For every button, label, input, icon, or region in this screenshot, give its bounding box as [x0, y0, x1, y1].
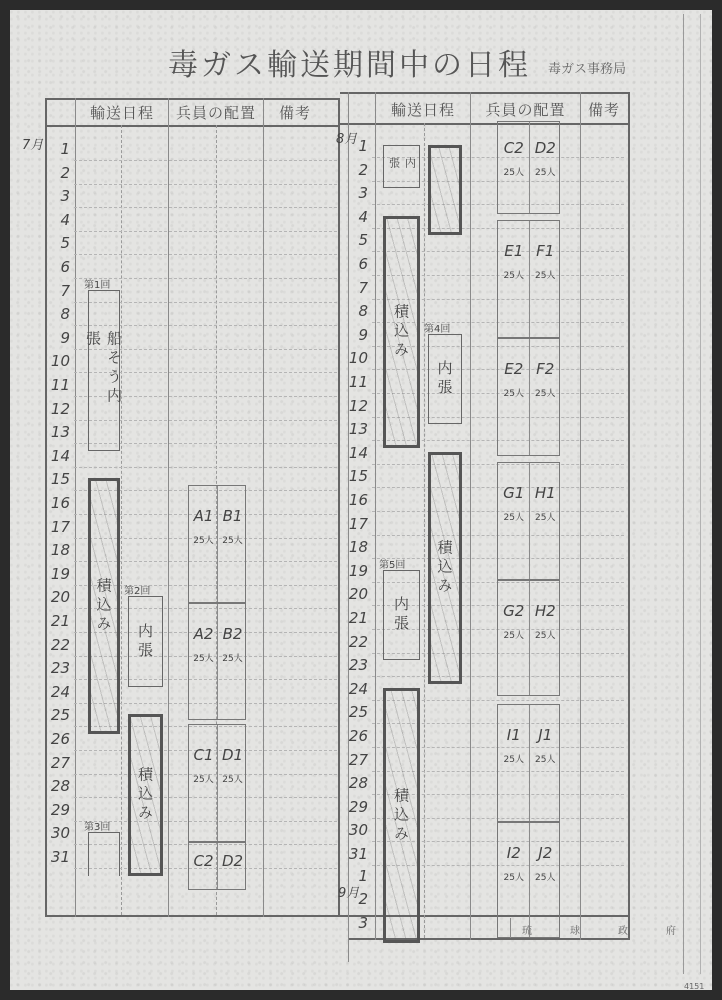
personnel-box: A225人B225人 [188, 603, 246, 720]
day-number: 6 [42, 258, 70, 276]
lining-period-box: 船そう内張 [88, 290, 120, 451]
day-number: 23 [340, 656, 368, 674]
unit-label: I2 [498, 844, 530, 862]
day-number: 3 [340, 184, 368, 202]
unit-headcount: 25人 [498, 752, 530, 765]
unit-label: F2 [530, 360, 562, 378]
day-number: 16 [340, 491, 368, 509]
day-number: 30 [340, 821, 368, 839]
day-number: 27 [42, 754, 70, 772]
unit-label: G2 [498, 602, 530, 620]
day-number: 25 [340, 703, 368, 721]
unit-headcount: 25人 [498, 870, 530, 883]
personnel-unit: I125人 [498, 726, 530, 765]
row-gridline [74, 207, 337, 208]
day-number: 11 [42, 376, 70, 394]
day-number: 14 [340, 444, 368, 462]
lining-period-box: 内張 [383, 145, 420, 188]
left-table-header-border [45, 125, 340, 127]
row-gridline [74, 160, 337, 161]
loading-period-bar [428, 145, 462, 235]
day-number: 2 [340, 890, 368, 908]
day-number: 5 [340, 231, 368, 249]
footer-cell-divider [510, 918, 511, 938]
round-label: 第3回 [84, 818, 110, 833]
schedule-bar-label: 積込み [435, 539, 456, 596]
right-table-top-border [340, 92, 630, 94]
unit-headcount: 25人 [530, 268, 562, 281]
day-number: 22 [42, 636, 70, 654]
day-number: 23 [42, 659, 70, 677]
unit-label: J1 [530, 726, 562, 744]
round-label: 第4回 [424, 320, 450, 335]
personnel-box: I125人J125人 [497, 704, 560, 822]
personnel-unit: H225人 [530, 602, 562, 641]
document-issuer-note: 毒ガス事務局 [548, 58, 626, 77]
day-number: 30 [42, 824, 70, 842]
unit-label: D1 [218, 746, 247, 764]
day-number: 2 [340, 161, 368, 179]
day-number: 1 [340, 867, 368, 885]
day-number: 4 [42, 211, 70, 229]
schedule-bar-label: 船そう内張 [83, 330, 125, 410]
unit-label: C2 [189, 852, 218, 870]
loading-period-bar: 積込み [383, 688, 420, 944]
paper-edge-strip [683, 14, 701, 974]
unit-headcount: 25人 [498, 628, 530, 641]
day-number: 7 [42, 282, 70, 300]
document-title: 毒ガス輸送期間中の日程 [168, 40, 531, 84]
day-number: 1 [42, 140, 70, 158]
day-number: 12 [42, 400, 70, 418]
personnel-box: C2D2 [188, 842, 246, 890]
row-gridline [74, 278, 337, 279]
unit-label: C1 [189, 746, 218, 764]
unit-headcount: 25人 [189, 772, 218, 785]
day-number: 21 [340, 609, 368, 627]
day-number: 15 [42, 470, 70, 488]
unit-label: D2 [530, 139, 562, 157]
day-number: 2 [42, 164, 70, 182]
personnel-unit: D125人 [218, 746, 247, 785]
day-number: 28 [340, 774, 368, 792]
schedule-bar-label: 内張 [135, 623, 156, 661]
round-label: 第2回 [124, 582, 150, 597]
loading-period-bar: 積込み [88, 478, 120, 734]
personnel-unit: B225人 [218, 625, 247, 664]
unit-label: H1 [530, 484, 562, 502]
schedule-bar-label: 積込み [391, 303, 412, 360]
personnel-unit: A225人 [189, 625, 218, 664]
loading-period-bar: 積込み [128, 714, 163, 875]
left-day-column-border [75, 98, 76, 917]
unit-headcount: 25人 [218, 651, 247, 664]
unit-headcount: 25人 [498, 510, 530, 523]
personnel-box: E225人F225人 [497, 338, 560, 456]
personnel-unit: C225人 [498, 139, 530, 178]
unit-label: C2 [498, 139, 530, 157]
lining-period-box: 内張 [383, 570, 420, 660]
right-table-right-border [628, 92, 630, 940]
right-schedule-column-border [470, 92, 471, 940]
day-number: 31 [42, 848, 70, 866]
right-day-column-border [375, 92, 376, 940]
unit-headcount: 25人 [218, 533, 247, 546]
day-number: 19 [42, 565, 70, 583]
day-number: 29 [340, 798, 368, 816]
unit-headcount: 25人 [530, 628, 562, 641]
day-number: 1 [340, 137, 368, 155]
day-number: 4 [340, 208, 368, 226]
left-table-top-border [45, 98, 340, 100]
day-number: 25 [42, 706, 70, 724]
left-header-remarks: 備考 [265, 102, 325, 123]
unit-label: A1 [189, 507, 218, 525]
personnel-unit: C125人 [189, 746, 218, 785]
day-number: 27 [340, 751, 368, 769]
loading-period-bar: 積込み [383, 216, 420, 448]
footer-government-label: 琉 球 政 府 [522, 922, 690, 937]
schedule-bar-label: 内張 [435, 360, 456, 398]
personnel-unit: E125人 [498, 242, 530, 281]
day-number: 8 [42, 305, 70, 323]
day-number: 3 [340, 914, 368, 932]
row-gridline [74, 231, 337, 232]
day-number: 20 [42, 588, 70, 606]
round-label: 第1回 [84, 276, 110, 291]
personnel-unit: A125人 [189, 507, 218, 546]
day-number: 11 [340, 373, 368, 391]
personnel-unit: J225人 [530, 844, 562, 883]
unit-headcount: 25人 [218, 772, 247, 785]
unit-headcount: 25人 [189, 651, 218, 664]
unit-headcount: 25人 [189, 533, 218, 546]
unit-label: A2 [189, 625, 218, 643]
unit-headcount: 25人 [498, 386, 530, 399]
day-number: 16 [42, 494, 70, 512]
day-number: 8 [340, 302, 368, 320]
unit-headcount: 25人 [498, 268, 530, 281]
day-number: 13 [42, 423, 70, 441]
unit-label: I1 [498, 726, 530, 744]
loading-period-bar: 積込み [428, 452, 462, 684]
day-number: 5 [42, 234, 70, 252]
personnel-unit: D225人 [530, 139, 562, 178]
row-gridline [74, 184, 337, 185]
day-number: 24 [340, 680, 368, 698]
personnel-unit: B125人 [218, 507, 247, 546]
round-label: 第5回 [379, 556, 405, 571]
day-number: 6 [340, 255, 368, 273]
personnel-unit: D2 [218, 852, 247, 870]
unit-label: H2 [530, 602, 562, 620]
day-number: 31 [340, 845, 368, 863]
personnel-box: C225人D225人 [497, 121, 560, 214]
day-number: 18 [42, 541, 70, 559]
personnel-unit: I225人 [498, 844, 530, 883]
schedule-bar-label: 内張 [386, 156, 418, 177]
left-table-bottom-border [45, 915, 340, 917]
right-table-header-border [340, 123, 630, 125]
day-number: 22 [340, 633, 368, 651]
personnel-box: E125人F125人 [497, 220, 560, 338]
left-personnel-column-border [263, 98, 264, 917]
personnel-unit: E225人 [498, 360, 530, 399]
schedule-bar-label: 積込み [94, 578, 115, 635]
day-number: 29 [42, 801, 70, 819]
day-number: 28 [42, 777, 70, 795]
personnel-unit: G225人 [498, 602, 530, 641]
personnel-box: G225人H225人 [497, 580, 560, 696]
right-header-personnel: 兵員の配置 [473, 99, 578, 120]
unit-headcount: 25人 [530, 752, 562, 765]
day-number: 15 [340, 467, 368, 485]
day-number: 17 [340, 515, 368, 533]
personnel-unit: G125人 [498, 484, 530, 523]
day-number: 9 [42, 329, 70, 347]
day-number: 19 [340, 562, 368, 580]
day-number: 21 [42, 612, 70, 630]
unit-label: D2 [218, 852, 247, 870]
unit-headcount: 25人 [530, 386, 562, 399]
left-schedule-column-border [168, 98, 169, 917]
day-number: 9 [340, 326, 368, 344]
right-personnel-column-border [580, 92, 581, 940]
row-gridline [74, 254, 337, 255]
lining-period-box: 内張 [428, 334, 462, 424]
day-number: 13 [340, 420, 368, 438]
personnel-unit: C2 [189, 852, 218, 870]
row-gridline [74, 467, 337, 468]
unit-headcount: 25人 [530, 870, 562, 883]
day-number: 26 [42, 730, 70, 748]
left-header-personnel: 兵員の配置 [170, 102, 262, 123]
day-number: 14 [42, 447, 70, 465]
personnel-box: A125人B125人 [188, 485, 246, 603]
unit-label: B2 [218, 625, 247, 643]
unit-label: E1 [498, 242, 530, 260]
schedule-bar-label: 積込み [135, 766, 156, 823]
right-header-schedule: 輸送日程 [378, 99, 468, 120]
day-number: 7 [340, 279, 368, 297]
day-number: 10 [340, 349, 368, 367]
day-number: 12 [340, 397, 368, 415]
corner-stamp: 4151 [684, 982, 704, 991]
lining-period-box: 内張 [128, 596, 163, 686]
right-lane-divider [424, 123, 425, 938]
unit-label: E2 [498, 360, 530, 378]
day-number: 20 [340, 585, 368, 603]
unit-label: B1 [218, 507, 247, 525]
unit-headcount: 25人 [498, 165, 530, 178]
day-number: 17 [42, 518, 70, 536]
left-header-schedule: 輸送日程 [78, 102, 166, 123]
unit-label: J2 [530, 844, 562, 862]
schedule-bar-label: 内張 [391, 596, 412, 634]
lining-period-box [88, 832, 120, 875]
left-month-label: 7月 [22, 134, 43, 153]
personnel-unit: F125人 [530, 242, 562, 281]
unit-label: F1 [530, 242, 562, 260]
day-number: 3 [42, 187, 70, 205]
day-number: 10 [42, 352, 70, 370]
personnel-unit: F225人 [530, 360, 562, 399]
day-number: 24 [42, 683, 70, 701]
personnel-box: G125人H125人 [497, 462, 560, 580]
schedule-bar-label: 積込み [391, 787, 412, 844]
day-number: 18 [340, 538, 368, 556]
personnel-box: C125人D125人 [188, 724, 246, 842]
personnel-unit: H125人 [530, 484, 562, 523]
day-number: 26 [340, 727, 368, 745]
personnel-box: I225人J225人 [497, 822, 560, 938]
personnel-unit: J125人 [530, 726, 562, 765]
unit-headcount: 25人 [530, 165, 562, 178]
unit-label: G1 [498, 484, 530, 502]
unit-headcount: 25人 [530, 510, 562, 523]
right-header-remarks: 備考 [582, 99, 626, 120]
